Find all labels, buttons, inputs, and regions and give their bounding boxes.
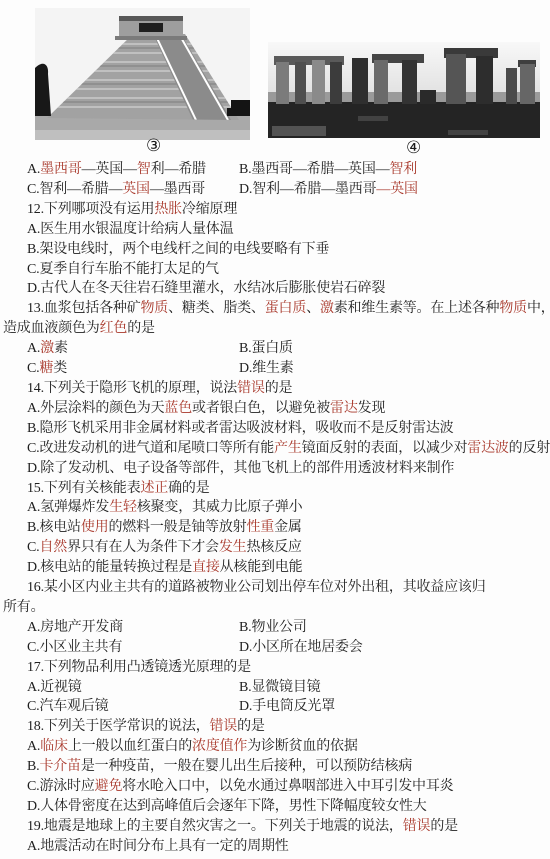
text-segment: —英国—	[82, 162, 137, 177]
option-right: D.维生素	[239, 359, 294, 379]
text-segment: 13.血浆包括各种矿	[27, 301, 141, 316]
figure-strip: ③ ④	[0, 0, 550, 160]
red-text-segment: 使用	[81, 520, 109, 535]
text-segment: 中，	[527, 301, 550, 316]
red-text-segment: 雷达波	[467, 441, 508, 456]
question-line: C.自然界只有在人为条件下才会发生热核反应	[0, 538, 550, 558]
red-text-segment: 热胀	[154, 202, 182, 217]
red-text-segment: 述正	[141, 481, 169, 496]
option-left: C.智利—希腊—英国—墨西哥	[27, 180, 239, 200]
text-segment: 素	[54, 341, 68, 356]
text-segment: —墨西哥	[150, 182, 205, 197]
question-line: C.改进发动机的进气道和尾喷口等所有能产生镜面反射的表面，以减少对雷达波的反射	[0, 439, 550, 459]
mayan-pyramid-photo	[35, 8, 250, 140]
text-segment: C.小区业主共有	[27, 640, 122, 655]
text-segment: 15.下列有关核能表	[27, 481, 141, 496]
text-segment: C.夏季自行车胎不能打太足的气	[27, 262, 219, 277]
text-segment: C.改进发动机的进气道和尾喷口等所有能	[27, 441, 274, 456]
option-right: B.墨西哥—希腊—英国—智利	[239, 160, 417, 180]
option-pair-row: A.房地产开发商B.物业公司	[0, 618, 550, 638]
question-continuation-line: 所有。	[0, 598, 550, 618]
question-continuation-line: 造成血液颜色为红色的是	[0, 319, 550, 339]
text-segment: 、	[306, 301, 320, 316]
text-segment: C.	[27, 540, 39, 555]
text-segment: 确的是	[168, 481, 209, 496]
question-line: D.人体骨密度在达到高峰值后会逐年下降，男性下降幅度较女性大	[0, 797, 550, 817]
option-pair-row: C.汽车观后镜D.手电筒反光罩	[0, 697, 550, 717]
text-segment: 类	[53, 361, 67, 376]
question-line: C.游泳时应避免将水呛入口中，以免水通过鼻咽部进入中耳引发中耳炎	[0, 777, 550, 797]
text-segment: C.游泳时应	[27, 779, 95, 794]
option-left: A.近视镜	[27, 678, 239, 698]
option-pair-row: C.小区业主共有D.小区所在地居委会	[0, 638, 550, 658]
exam-page: ③ ④ A.墨西哥—英国—智利—希腊B.墨西哥—希腊—英国—智利C.智利—希腊—…	[0, 0, 550, 857]
text-segment: 素和维生素等。在上述各种	[334, 301, 500, 316]
text-segment: 的是	[237, 719, 265, 734]
red-text-segment: 浓度值作	[192, 739, 247, 754]
option-left: C.糖类	[27, 359, 239, 379]
question-line: B.隐形飞机采用非金属材料或者雷达吸波材料，吸收而不是反射雷达波	[0, 419, 550, 439]
option-pair-row: A.激素B.蛋白质	[0, 339, 550, 359]
text-segment: 是一种疫苗，一般在婴儿出生后接种，可以预防结核病	[81, 759, 412, 774]
option-left: A.房地产开发商	[27, 618, 239, 638]
text-segment: C.智利—希腊—	[27, 182, 122, 197]
red-text-segment: 卡介苗	[39, 759, 80, 774]
question-list: A.墨西哥—英国—智利—希腊B.墨西哥—希腊—英国—智利C.智利—希腊—英国—墨…	[0, 160, 550, 857]
red-text-segment: 产生	[274, 441, 302, 456]
text-segment: 的是	[430, 819, 458, 834]
question-line: A.地震活动在时间分布上具有一定的周期性	[0, 837, 550, 857]
red-text-segment: 自然	[39, 540, 67, 555]
red-text-segment: 红色	[100, 321, 128, 336]
red-text-segment: 发生	[219, 540, 247, 555]
red-text-segment: 错误	[210, 719, 238, 734]
option-left: C.小区业主共有	[27, 638, 239, 658]
text-segment: A.医生用水银温度计给病人量体温	[27, 222, 233, 237]
text-segment: A.外层涂料的颜色为天	[27, 401, 164, 416]
question-line: 19.地震是地球上的主要自然灾害之一。下列关于地震的说法，错误的是	[0, 817, 550, 837]
option-left: A.墨西哥—英国—智利—希腊	[27, 160, 239, 180]
text-segment: 冷缩原理	[182, 202, 237, 217]
red-text-segment: 直接	[192, 560, 220, 575]
text-segment: D.古代人在冬天往岩石缝里灌水，水结冰后膨胀使岩石碎裂	[27, 281, 385, 296]
question-line: 15.下列有关核能表述正确的是	[0, 479, 550, 499]
text-segment: 的是	[265, 381, 293, 396]
text-segment: B.物业公司	[239, 620, 307, 635]
option-right: B.蛋白质	[239, 339, 293, 359]
text-segment: B.核电站	[27, 520, 81, 535]
figure-label-3: ③	[146, 136, 161, 156]
text-segment: B.蛋白质	[239, 341, 293, 356]
text-segment: D.除了发动机、电子设备等部件，其他飞机上的部件用透波材料来制作	[27, 461, 454, 476]
text-segment: 的是	[127, 321, 155, 336]
option-right: B.物业公司	[239, 618, 307, 638]
question-line: A.临床上一般以血红蛋白的浓度值作为诊断贫血的依据	[0, 737, 550, 757]
question-line: B.核电站使用的燃料一般是铀等放射性重金属	[0, 518, 550, 538]
red-text-segment: 智	[137, 162, 151, 177]
red-text-segment: 错误	[237, 381, 265, 396]
question-line: B.卡介苗是一种疫苗，一般在婴儿出生后接种，可以预防结核病	[0, 757, 550, 777]
text-segment: 上一般以血红蛋白的	[68, 739, 192, 754]
red-text-segment: 墨西哥	[40, 162, 81, 177]
red-text-segment: 临床	[40, 739, 68, 754]
text-segment: 或者银白色，以避免被	[192, 401, 330, 416]
text-segment: A.	[27, 341, 40, 356]
text-segment: D.小区所在地居委会	[239, 640, 363, 655]
question-line: D.核电站的能量转换过程是直接从核能到电能	[0, 558, 550, 578]
text-segment: 、糖类、脂类、	[168, 301, 265, 316]
figure-label-4: ④	[406, 138, 421, 158]
question-line: B.架设电线时，两个电线杆之间的电线要略有下垂	[0, 240, 550, 260]
red-text-segment: 生轻	[109, 500, 137, 515]
question-line: 13.血浆包括各种矿物质、糖类、脂类、蛋白质、激素和维生素等。在上述各种物质中，	[0, 299, 550, 319]
question-line: C.夏季自行车胎不能打太足的气	[0, 260, 550, 280]
text-segment: A.近视镜	[27, 680, 82, 695]
text-segment: 16.某小区内业主共有的道路被物业公司划出停车位对外出租，其收益应该归	[27, 580, 486, 595]
option-pair-row: A.近视镜B.显微镜目镜	[0, 678, 550, 698]
text-segment: A.地震活动在时间分布上具有一定的周期性	[27, 839, 289, 854]
question-line: 12.下列哪项没有运用热胀冷缩原理	[0, 200, 550, 220]
text-segment: B.	[27, 759, 39, 774]
option-pair-row: C.智利—希腊—英国—墨西哥D.智利—希腊—墨西哥—英国	[0, 180, 550, 200]
text-segment: B.墨西哥—希腊—英国—	[239, 162, 389, 177]
text-segment: 12.下列哪项没有运用	[27, 202, 154, 217]
red-text-segment: 智利	[389, 162, 417, 177]
red-text-segment: 激	[40, 341, 54, 356]
text-segment: 造成血液颜色为	[3, 321, 100, 336]
question-line: D.除了发动机、电子设备等部件，其他飞机上的部件用透波材料来制作	[0, 459, 550, 479]
text-segment: 所有。	[3, 600, 44, 615]
option-pair-row: C.糖类D.维生素	[0, 359, 550, 379]
text-segment: 利—希腊	[151, 162, 206, 177]
text-segment: 发现	[358, 401, 386, 416]
text-segment: D.手电筒反光罩	[239, 699, 335, 714]
text-segment: A.	[27, 739, 40, 754]
question-line: 16.某小区内业主共有的道路被物业公司划出停车位对外出租，其收益应该归	[0, 578, 550, 598]
text-segment: 核聚变，其威力比原子弹小	[137, 500, 303, 515]
question-line: 14.下列关于隐形飞机的原理，说法错误的是	[0, 379, 550, 399]
red-text-segment: 雷达	[330, 401, 358, 416]
red-text-segment: 激	[320, 301, 334, 316]
text-segment: D.核电站的能量转换过程是	[27, 560, 192, 575]
text-segment: C.	[27, 361, 39, 376]
text-segment: 的反射	[509, 441, 550, 456]
text-segment: A.	[27, 162, 40, 177]
text-segment: 18.下列关于医学常识的说法，	[27, 719, 210, 734]
text-segment: 19.地震是地球上的主要自然灾害之一。下列关于地震的说法，	[27, 819, 403, 834]
text-segment: 的燃料一般是铀等放射	[108, 520, 246, 535]
text-segment: 将水呛入口中，以免水通过鼻咽部进入中耳引发中耳炎	[122, 779, 453, 794]
red-text-segment: 性重	[246, 520, 274, 535]
text-segment: B.显微镜目镜	[239, 680, 320, 695]
text-segment: 从核能到电能	[220, 560, 303, 575]
text-segment: 14.下列关于隐形飞机的原理，说法	[27, 381, 237, 396]
text-segment: 镜面反射的表面，以减少对	[302, 441, 468, 456]
option-pair-row: A.墨西哥—英国—智利—希腊B.墨西哥—希腊—英国—智利	[0, 160, 550, 180]
red-text-segment: 错误	[403, 819, 431, 834]
red-text-segment: 蛋白质	[265, 301, 306, 316]
question-line: 18.下列关于医学常识的说法，错误的是	[0, 717, 550, 737]
option-right: D.小区所在地居委会	[239, 638, 363, 658]
question-line: A.医生用水银温度计给病人量体温	[0, 220, 550, 240]
question-line: A.外层涂料的颜色为天蓝色或者银白色，以避免被雷达发现	[0, 399, 550, 419]
option-right: B.显微镜目镜	[239, 678, 320, 698]
red-text-segment: 物质	[499, 301, 527, 316]
red-text-segment: 蓝色	[164, 401, 192, 416]
text-segment: 金属	[274, 520, 302, 535]
option-left: A.激素	[27, 339, 239, 359]
question-line: 17.下列物品利用凸透镜透光原理的是	[0, 658, 550, 678]
question-line: A.氢弹爆炸发生轻核聚变，其威力比原子弹小	[0, 498, 550, 518]
red-text-segment: —英国	[376, 182, 417, 197]
stonehenge-photo	[268, 42, 540, 138]
option-right: D.手电筒反光罩	[239, 697, 335, 717]
text-segment: A.房地产开发商	[27, 620, 123, 635]
red-text-segment: 避免	[95, 779, 123, 794]
text-segment: D.人体骨密度在达到高峰值后会逐年下降，男性下降幅度较女性大	[27, 799, 427, 814]
text-segment: C.汽车观后镜	[27, 699, 108, 714]
text-segment: B.架设电线时，两个电线杆之间的电线要略有下垂	[27, 242, 329, 257]
red-text-segment: 物质	[141, 301, 169, 316]
text-segment: A.氢弹爆炸发	[27, 500, 109, 515]
text-segment: D.维生素	[239, 361, 294, 376]
red-text-segment: 英国	[122, 182, 150, 197]
text-segment: 界只有在人为条件下才会	[67, 540, 219, 555]
red-text-segment: 糖	[39, 361, 53, 376]
option-left: C.汽车观后镜	[27, 697, 239, 717]
text-segment: 17.下列物品利用凸透镜透光原理的是	[27, 660, 251, 675]
text-segment: D.智利—希腊—墨西哥	[239, 182, 376, 197]
question-line: D.古代人在冬天往岩石缝里灌水，水结冰后膨胀使岩石碎裂	[0, 279, 550, 299]
text-segment: 热核反应	[246, 540, 301, 555]
text-segment: 为诊断贫血的依据	[247, 739, 357, 754]
text-segment: B.隐形飞机采用非金属材料或者雷达吸波材料，吸收而不是反射雷达波	[27, 421, 453, 436]
option-right: D.智利—希腊—墨西哥—英国	[239, 180, 418, 200]
